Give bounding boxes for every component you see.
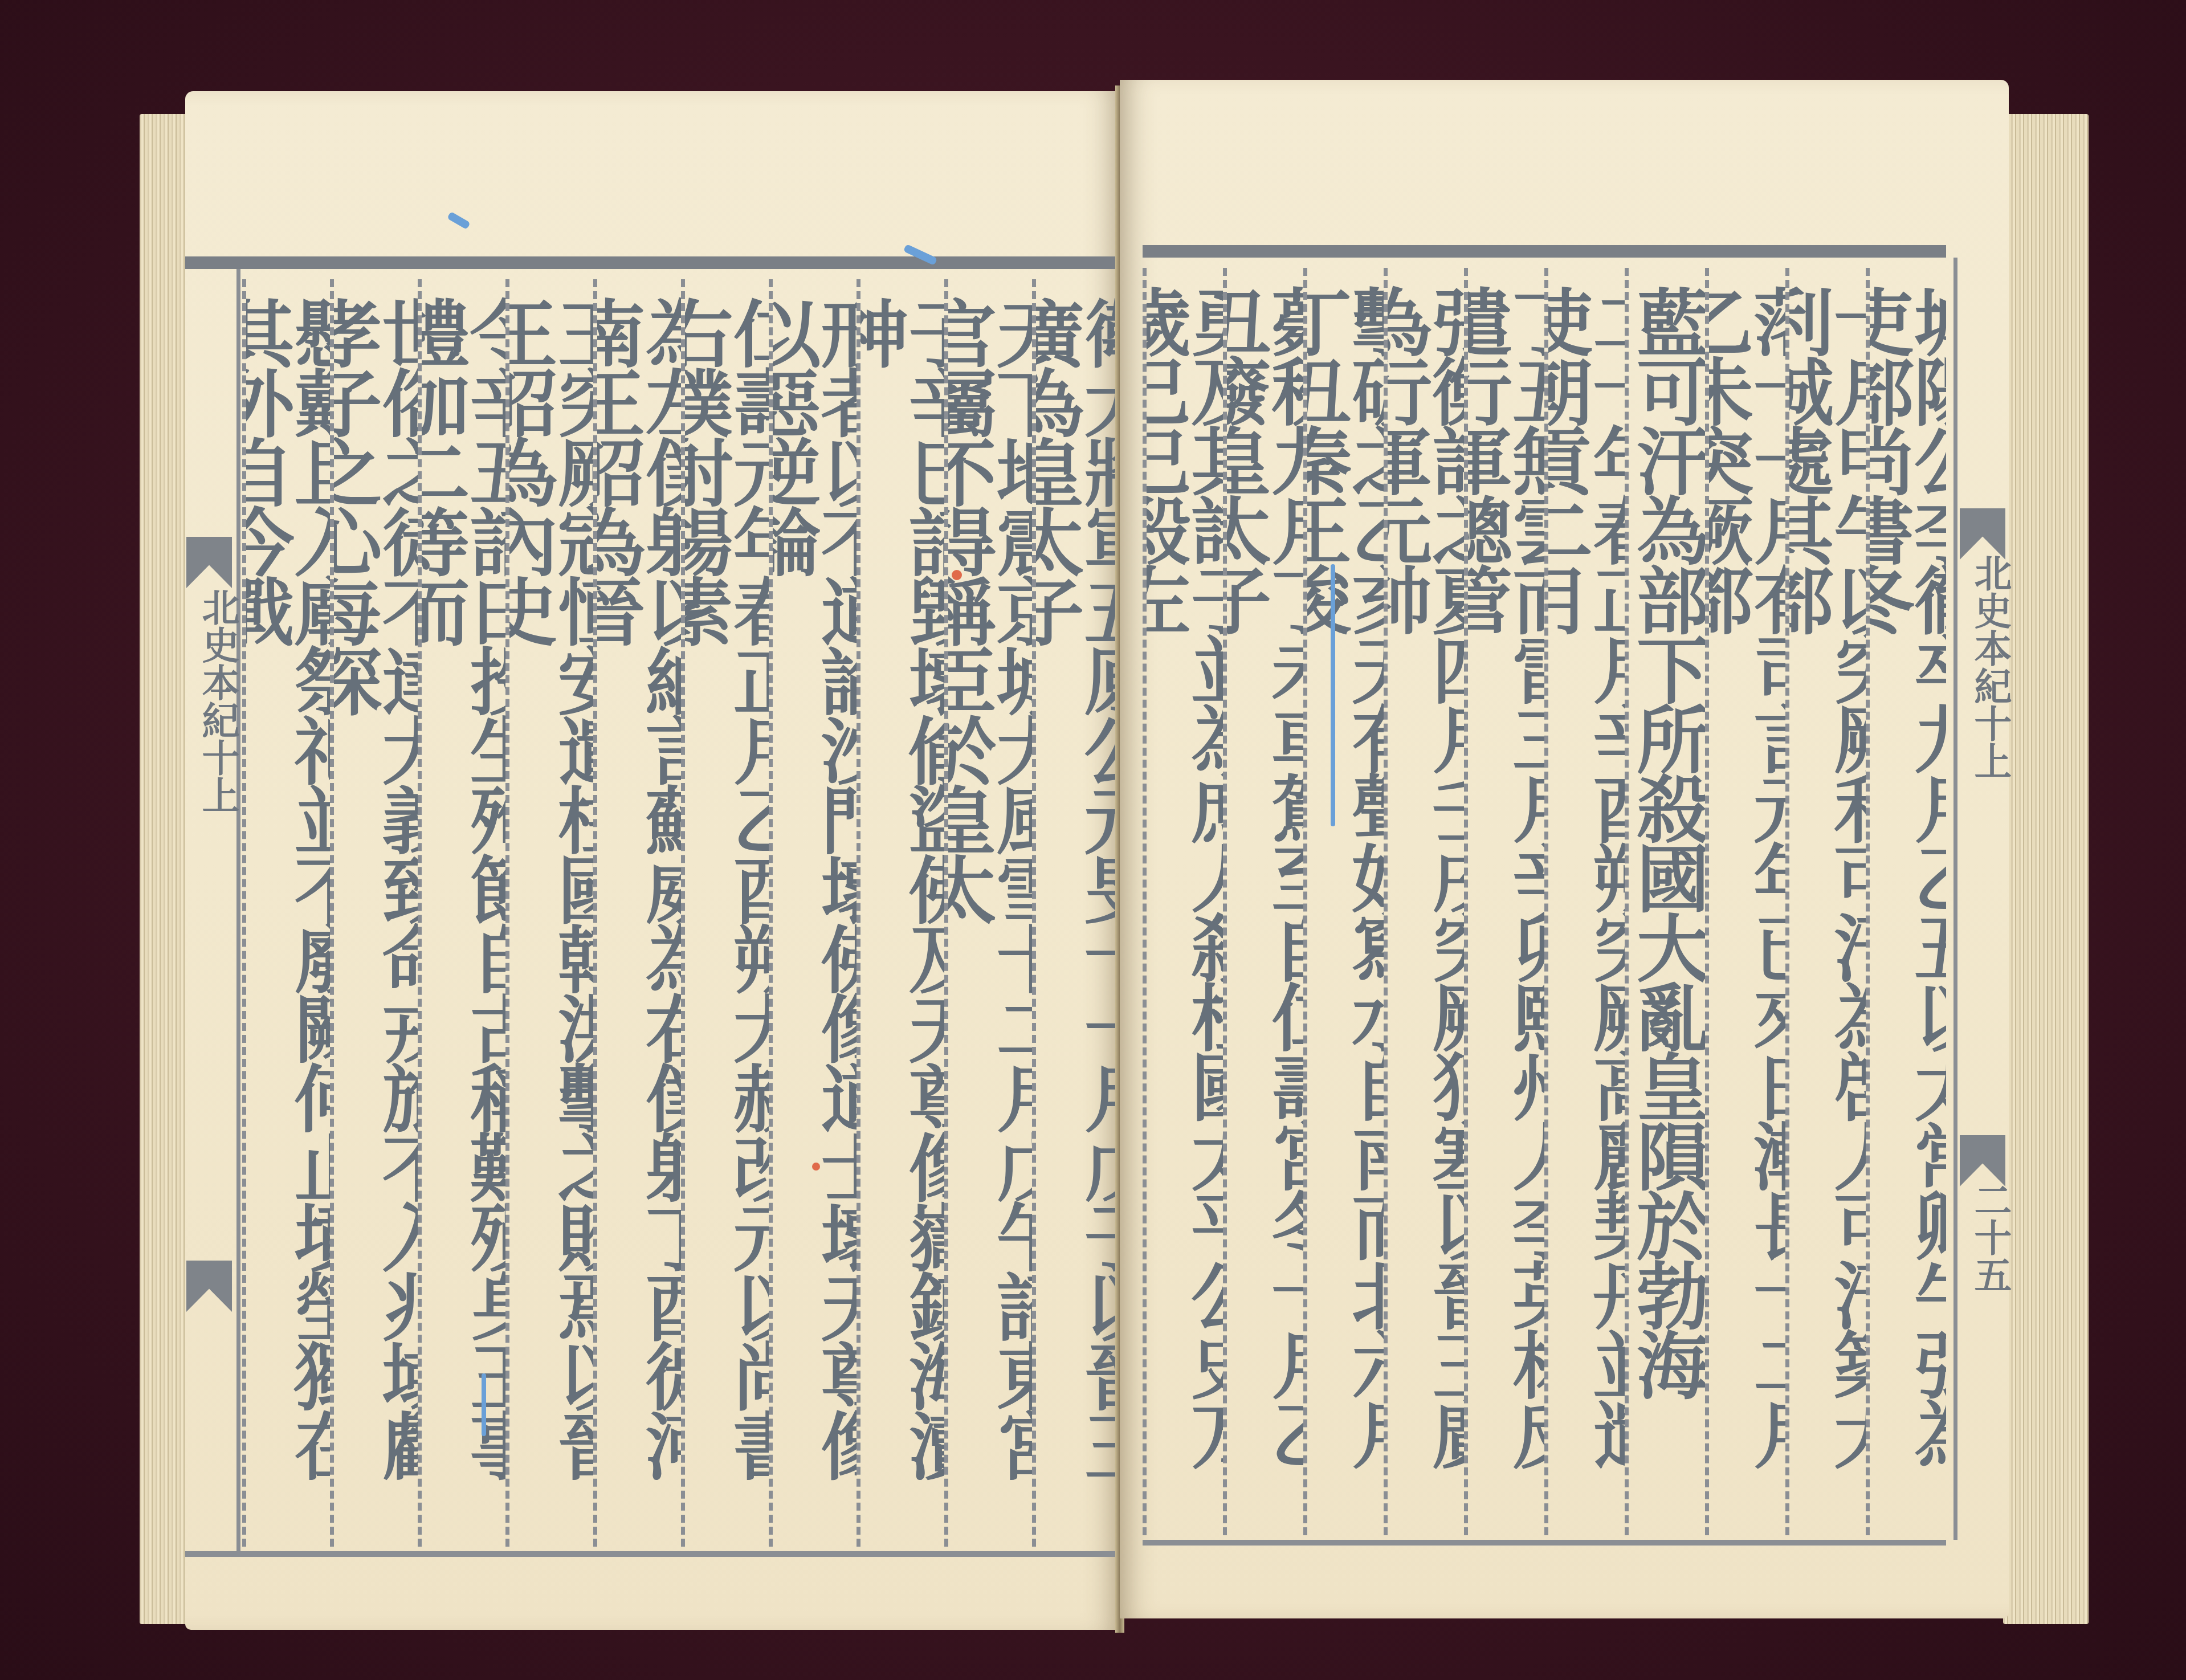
text-column: 落十一月有司言元年已來日漸長十二月乙未突厥都: [1705, 268, 1785, 1535]
right-fold-column: 北史本紀十上 二十五: [1953, 258, 2009, 1540]
right-page: 城陽公李徹卒九月乙丑以太常卿牛弘為吏部尚書冬 十月甲午以突厥利可汗為啓人可汗築大…: [1120, 80, 2009, 1618]
left-page: 北史本紀十上 衛大將軍五原公元旻十一月戊子以晉王廣為皇太子 天下地震京城大風雪十…: [185, 91, 1120, 1630]
left-page-frame: 北史本紀十上 衛大將軍五原公元旻十一月戊子以晉王廣為皇太子 天下地震京城大風雪十…: [185, 256, 1120, 1557]
text-column: 世俗之徒不達大義致命戎旅不入兆域虧孝子之心每深: [330, 279, 418, 1547]
fold-title: 北史本紀十上: [191, 588, 245, 814]
fishtail-mark-icon: [186, 537, 232, 588]
fishtail-mark-icon: [1960, 508, 2005, 560]
text-column: 二十年春正月辛酉朔突厥高麗契丹並遣使朝貢二月: [1544, 268, 1625, 1535]
text-column: 擊破之乙亥天有聲如寫水自南而北六月丁丑秦王俊: [1303, 268, 1384, 1535]
text-column: 張衡討之夏四月壬戌突厥犯塞以晉王廣為行軍元帥: [1384, 268, 1464, 1535]
text-column: 十月甲午以突厥利可汗為啓人可汗築大利城處其部: [1785, 268, 1866, 1535]
text-column: 藍可汗為部下所殺國大亂皇隕於勃海: [1625, 268, 1705, 1535]
blue-pencil-line: [1331, 564, 1335, 826]
right-page-frame: 城陽公李徹卒九月乙丑以太常卿牛弘為吏部尚書冬 十月甲午以突厥利可汗為啓人可汗築大…: [1143, 245, 1946, 1546]
text-column: 天下地震京城大風雪十二月戊午詔東宮官屬不得稱臣於皇太: [944, 279, 1032, 1547]
text-column: 懸戴且入廟祭祀並不廢闕何止墳塋獨在其外自今戰: [242, 279, 330, 1547]
text-column: 子辛巳詔毀壞偷盜佛及天尊像嶽鎮海瀆神: [857, 279, 944, 1547]
fishtail-mark-icon: [186, 1261, 232, 1312]
red-ink-dot: [952, 570, 962, 580]
fold-title: 北史本紀十上: [1963, 554, 2017, 780]
text-column: 為左僕射以納言蘇威為右僕射丁酉徙河南王昭為晉: [593, 279, 681, 1547]
left-page-columns: 衛大將軍五原公元旻十一月戊子以晉王廣為皇太子 天下地震京城大風雪十二月戊午詔東宮…: [242, 279, 1120, 1547]
page-stack-left: [140, 114, 191, 1624]
text-column: 王突厥寇恒安遣柱國韓洪擊之敗焉以晉王昭為內史: [505, 279, 593, 1547]
text-column: 衛大將軍五原公元旻十一月戊子以晉王廣為皇太子: [1032, 279, 1120, 1547]
text-column: 城陽公李徹卒九月乙丑以太常卿牛弘為吏部尚書冬: [1866, 268, 1946, 1535]
blue-pencil-line: [482, 1373, 486, 1436]
text-column: 勇及其諸子並為庶人殺柱國太平公史万歲己巳殺左: [1143, 268, 1223, 1535]
right-page-columns: 城陽公李徹卒九月乙丑以太常卿牛弘為吏部尚書冬 十月甲午以突厥利可汗為啓人可汗築大…: [1143, 268, 1946, 1535]
text-column: 丁丑無雲而雷三月辛卯熙州人李英林反遣行軍總管: [1464, 268, 1544, 1535]
fishtail-mark-icon: [1960, 1135, 2005, 1186]
red-ink-dot: [812, 1163, 820, 1171]
open-book: 北史本紀十上 衛大將軍五原公元旻十一月戊子以晉王廣為皇太子 天下地震京城大風雪十…: [140, 80, 2089, 1636]
page-number: 二十五: [1963, 1181, 2017, 1294]
text-column: 仁壽元年春正月乙酉朔大赦改元以尚書右僕射楊素: [681, 279, 769, 1547]
text-column: 令辛丑詔曰投生殉節自古稱難殞身王事禮加二等而: [418, 279, 505, 1547]
page-stack-right: [2003, 114, 2089, 1624]
text-column: 形者以不道論沙門壞佛像道士壞天尊像以惡逆論: [769, 279, 857, 1547]
left-fold-column: 北史本紀十上: [185, 269, 240, 1551]
text-column: 薨秋九月丁未車駕至自仁壽宮冬十月乙丑廢皇太子: [1223, 268, 1303, 1535]
